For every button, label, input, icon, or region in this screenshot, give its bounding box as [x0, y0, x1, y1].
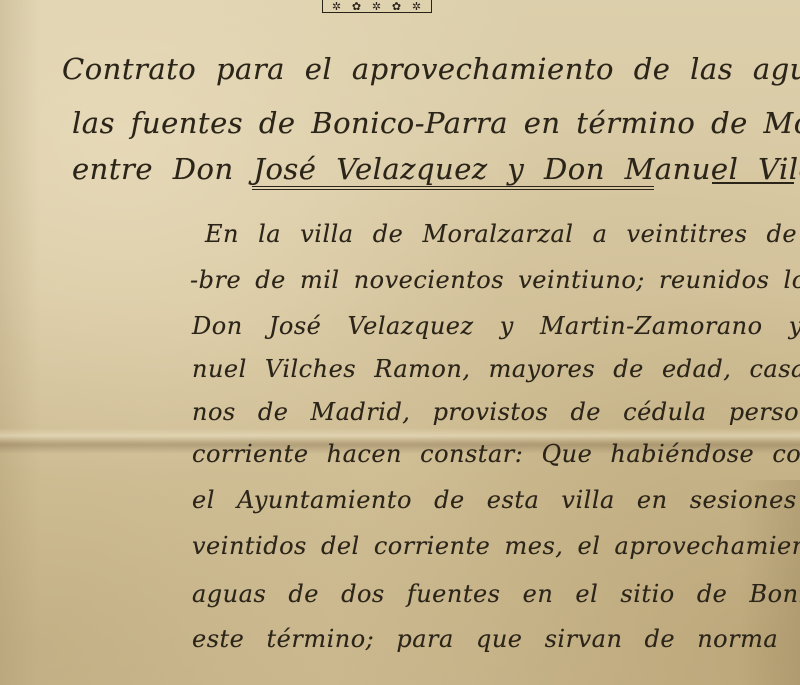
- body-line-5: nos de Madrid, provistos de cédula perso…: [192, 398, 800, 426]
- title-line-3: entre Don José Velazquez y Don Manuel Vi…: [72, 152, 800, 186]
- body-line-9: aguas de dos fuentes en el sitio de Boni…: [192, 580, 800, 608]
- ornament-star-icon: ✲: [372, 1, 382, 12]
- title-line-2: las fuentes de Bonico-Parra en término d…: [72, 106, 800, 140]
- title-line-1: Contrato para el aprovechamiento de las …: [62, 52, 800, 86]
- ornamental-header-box: ✲ ✿ ✲ ✿ ✲: [322, 0, 432, 13]
- body-line-3: Don José Velazquez y Martin-Zamorano y D…: [192, 312, 800, 340]
- ornament-flower-icon: ✿: [352, 1, 362, 12]
- ornament-star-icon: ✲: [412, 1, 422, 12]
- ornament-star-icon: ✲: [332, 1, 342, 12]
- title-trailing-rule: [712, 182, 794, 184]
- body-line-4: nuel Vilches Ramon, mayores de edad, cas…: [192, 355, 800, 383]
- body-line-1: En la villa de Moralzarzal a veintitres …: [205, 220, 800, 248]
- ornament-flower-icon: ✿: [392, 1, 402, 12]
- body-line-10: este término; para que sirvan de norma a…: [192, 625, 800, 653]
- body-line-7: el Ayuntamiento de esta villa en sesione…: [192, 486, 800, 514]
- title-underline: [252, 186, 654, 190]
- body-line-8: veintidos del corriente mes, el aprovech…: [192, 532, 800, 560]
- body-line-2: -bre de mil novecientos veintiuno; reuni…: [190, 266, 800, 294]
- document-page: ✲ ✿ ✲ ✿ ✲ Contrato para el aprovechamien…: [0, 0, 800, 685]
- paper-edge-shadow: [0, 0, 40, 685]
- body-line-6: corriente hacen constar: Que habiéndose …: [192, 440, 800, 468]
